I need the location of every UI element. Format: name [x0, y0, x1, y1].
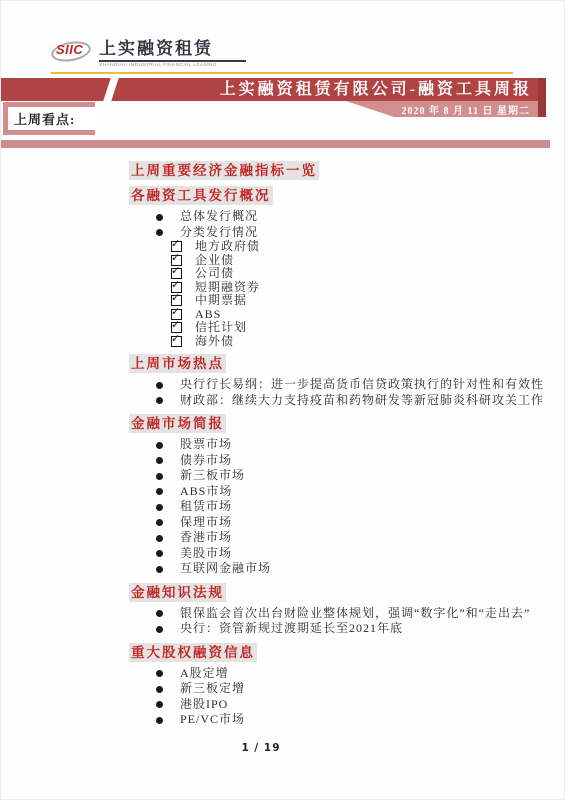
toc-item: 新三板市场	[129, 468, 551, 484]
bullet-icon	[156, 535, 163, 542]
page-number: 1 / 19	[1, 742, 521, 754]
toc-check-item: 公司债	[129, 267, 551, 281]
toc-item: 互联网金融市场	[129, 561, 551, 577]
toc-check-item: 企业债	[129, 254, 551, 268]
section-regulations: 金融知识法规 银保监会首次出台财险业整体规划，强调“数字化”和“走出去” 央行：…	[129, 583, 551, 637]
bullet-icon	[156, 701, 163, 708]
bullet-icon	[156, 550, 163, 557]
bullet-icon	[156, 519, 163, 526]
toc-check-item: 信托计划	[129, 321, 551, 335]
report-title: 上实融资租赁有限公司-融资工具周报	[220, 78, 532, 101]
title-bar: 上实融资租赁有限公司-融资工具周报	[1, 78, 546, 101]
bullet-icon	[156, 442, 163, 449]
bullet-icon	[156, 229, 163, 236]
bullet-icon	[156, 457, 163, 464]
siic-logo-mark: SIIC	[50, 39, 92, 63]
toc-item: 香港市场	[129, 530, 551, 546]
bullet-icon	[156, 397, 163, 404]
toc-item: 央行行长易纲：进一步提高货币信贷政策执行的针对性和有效性	[129, 377, 551, 393]
toc-item: 分类发行情况	[129, 225, 551, 241]
toc-item: 债券市场	[129, 453, 551, 469]
section-title: 金融市场简报	[129, 414, 226, 433]
toc-item: 保理市场	[129, 515, 551, 531]
toc-item: A股定增	[129, 666, 551, 682]
section-title: 金融知识法规	[129, 583, 226, 602]
bullet-icon	[156, 670, 163, 677]
checkbox-icon	[171, 336, 182, 347]
section-indicators: 上周重要经济金融指标一览	[129, 161, 551, 180]
bullet-icon	[156, 504, 163, 511]
bullet-icon	[156, 214, 163, 221]
toc-item: 港股IPO	[129, 697, 551, 713]
bullet-icon	[156, 610, 163, 617]
toc-item: 财政部：继续大力支持疫苗和药物研发等新冠肺炎科研攻关工作	[129, 393, 551, 409]
toc-check-item: 地方政府债	[129, 240, 551, 254]
section-market-hotspots: 上周市场热点 央行行长易纲：进一步提高货币信贷政策执行的针对性和有效性 财政部：…	[129, 354, 551, 408]
highlights-label-box: 上周看点:	[3, 102, 95, 135]
slash-decoration	[103, 78, 118, 101]
table-of-contents: 上周重要经济金融指标一览 各融资工具发行概况 总体发行概况 分类发行情况 地方政…	[129, 161, 551, 728]
toc-check-item: ABS	[129, 308, 551, 322]
section-title: 上周重要经济金融指标一览	[129, 161, 319, 180]
bullet-icon	[156, 717, 163, 724]
section-title: 各融资工具发行概况	[129, 186, 273, 205]
toc-item: 股票市场	[129, 437, 551, 453]
toc-item: 美股市场	[129, 546, 551, 562]
section-issuance-overview: 各融资工具发行概况 总体发行概况 分类发行情况 地方政府债 企业债 公司债 短期…	[129, 186, 551, 348]
section-market-briefing: 金融市场简报 股票市场 债券市场 新三板市场 ABS市场 租赁市场 保理市场 香…	[129, 414, 551, 577]
toc-item: 租赁市场	[129, 499, 551, 515]
siic-logo-text: SIIC	[56, 42, 83, 57]
toc-item: ABS市场	[129, 484, 551, 500]
section-equity-financing: 重大股权融资信息 A股定增 新三板定增 港股IPO PE/VC市场	[129, 643, 551, 728]
section-title: 重大股权融资信息	[129, 643, 257, 662]
date-band: 2020 年 8 月 11 日 星期二	[346, 101, 538, 117]
bullet-icon	[156, 686, 163, 693]
section-title: 上周市场热点	[129, 354, 226, 373]
bullet-icon	[156, 488, 163, 495]
bullet-icon	[156, 626, 163, 633]
report-page: SIIC 上实融资租赁 SHANGHAI INDUSTRIAL FINANCIA…	[0, 0, 565, 800]
report-date: 2020 年 8 月 11 日 星期二	[402, 104, 538, 120]
company-name-en: SHANGHAI INDUSTRIAL FINANCIAL LEASING	[99, 63, 217, 68]
bullet-icon	[156, 382, 163, 389]
toc-check-item: 短期融资券	[129, 281, 551, 295]
title-bar-end-cap	[538, 78, 546, 117]
logo-text-block: 上实融资租赁 SHANGHAI INDUSTRIAL FINANCIAL LEA…	[99, 34, 246, 69]
toc-check-item: 中期票据	[129, 294, 551, 308]
toc-item: 银保监会首次出台财险业整体规划，强调“数字化”和“走出去”	[129, 606, 551, 622]
toc-item: 央行：资管新规过渡期延长至2021年底	[129, 621, 551, 637]
toc-item: 新三板定增	[129, 681, 551, 697]
toc-item: PE/VC市场	[129, 712, 551, 728]
bullet-icon	[156, 473, 163, 480]
highlights-label: 上周看点:	[8, 109, 75, 128]
pink-divider	[1, 140, 550, 148]
bullet-icon	[156, 566, 163, 573]
company-name: 上实融资租赁	[99, 34, 246, 62]
toc-check-item: 海外债	[129, 335, 551, 349]
gold-divider	[51, 72, 513, 74]
company-logo: SIIC 上实融资租赁 SHANGHAI INDUSTRIAL FINANCIA…	[50, 34, 246, 69]
toc-item: 总体发行概况	[129, 209, 551, 225]
